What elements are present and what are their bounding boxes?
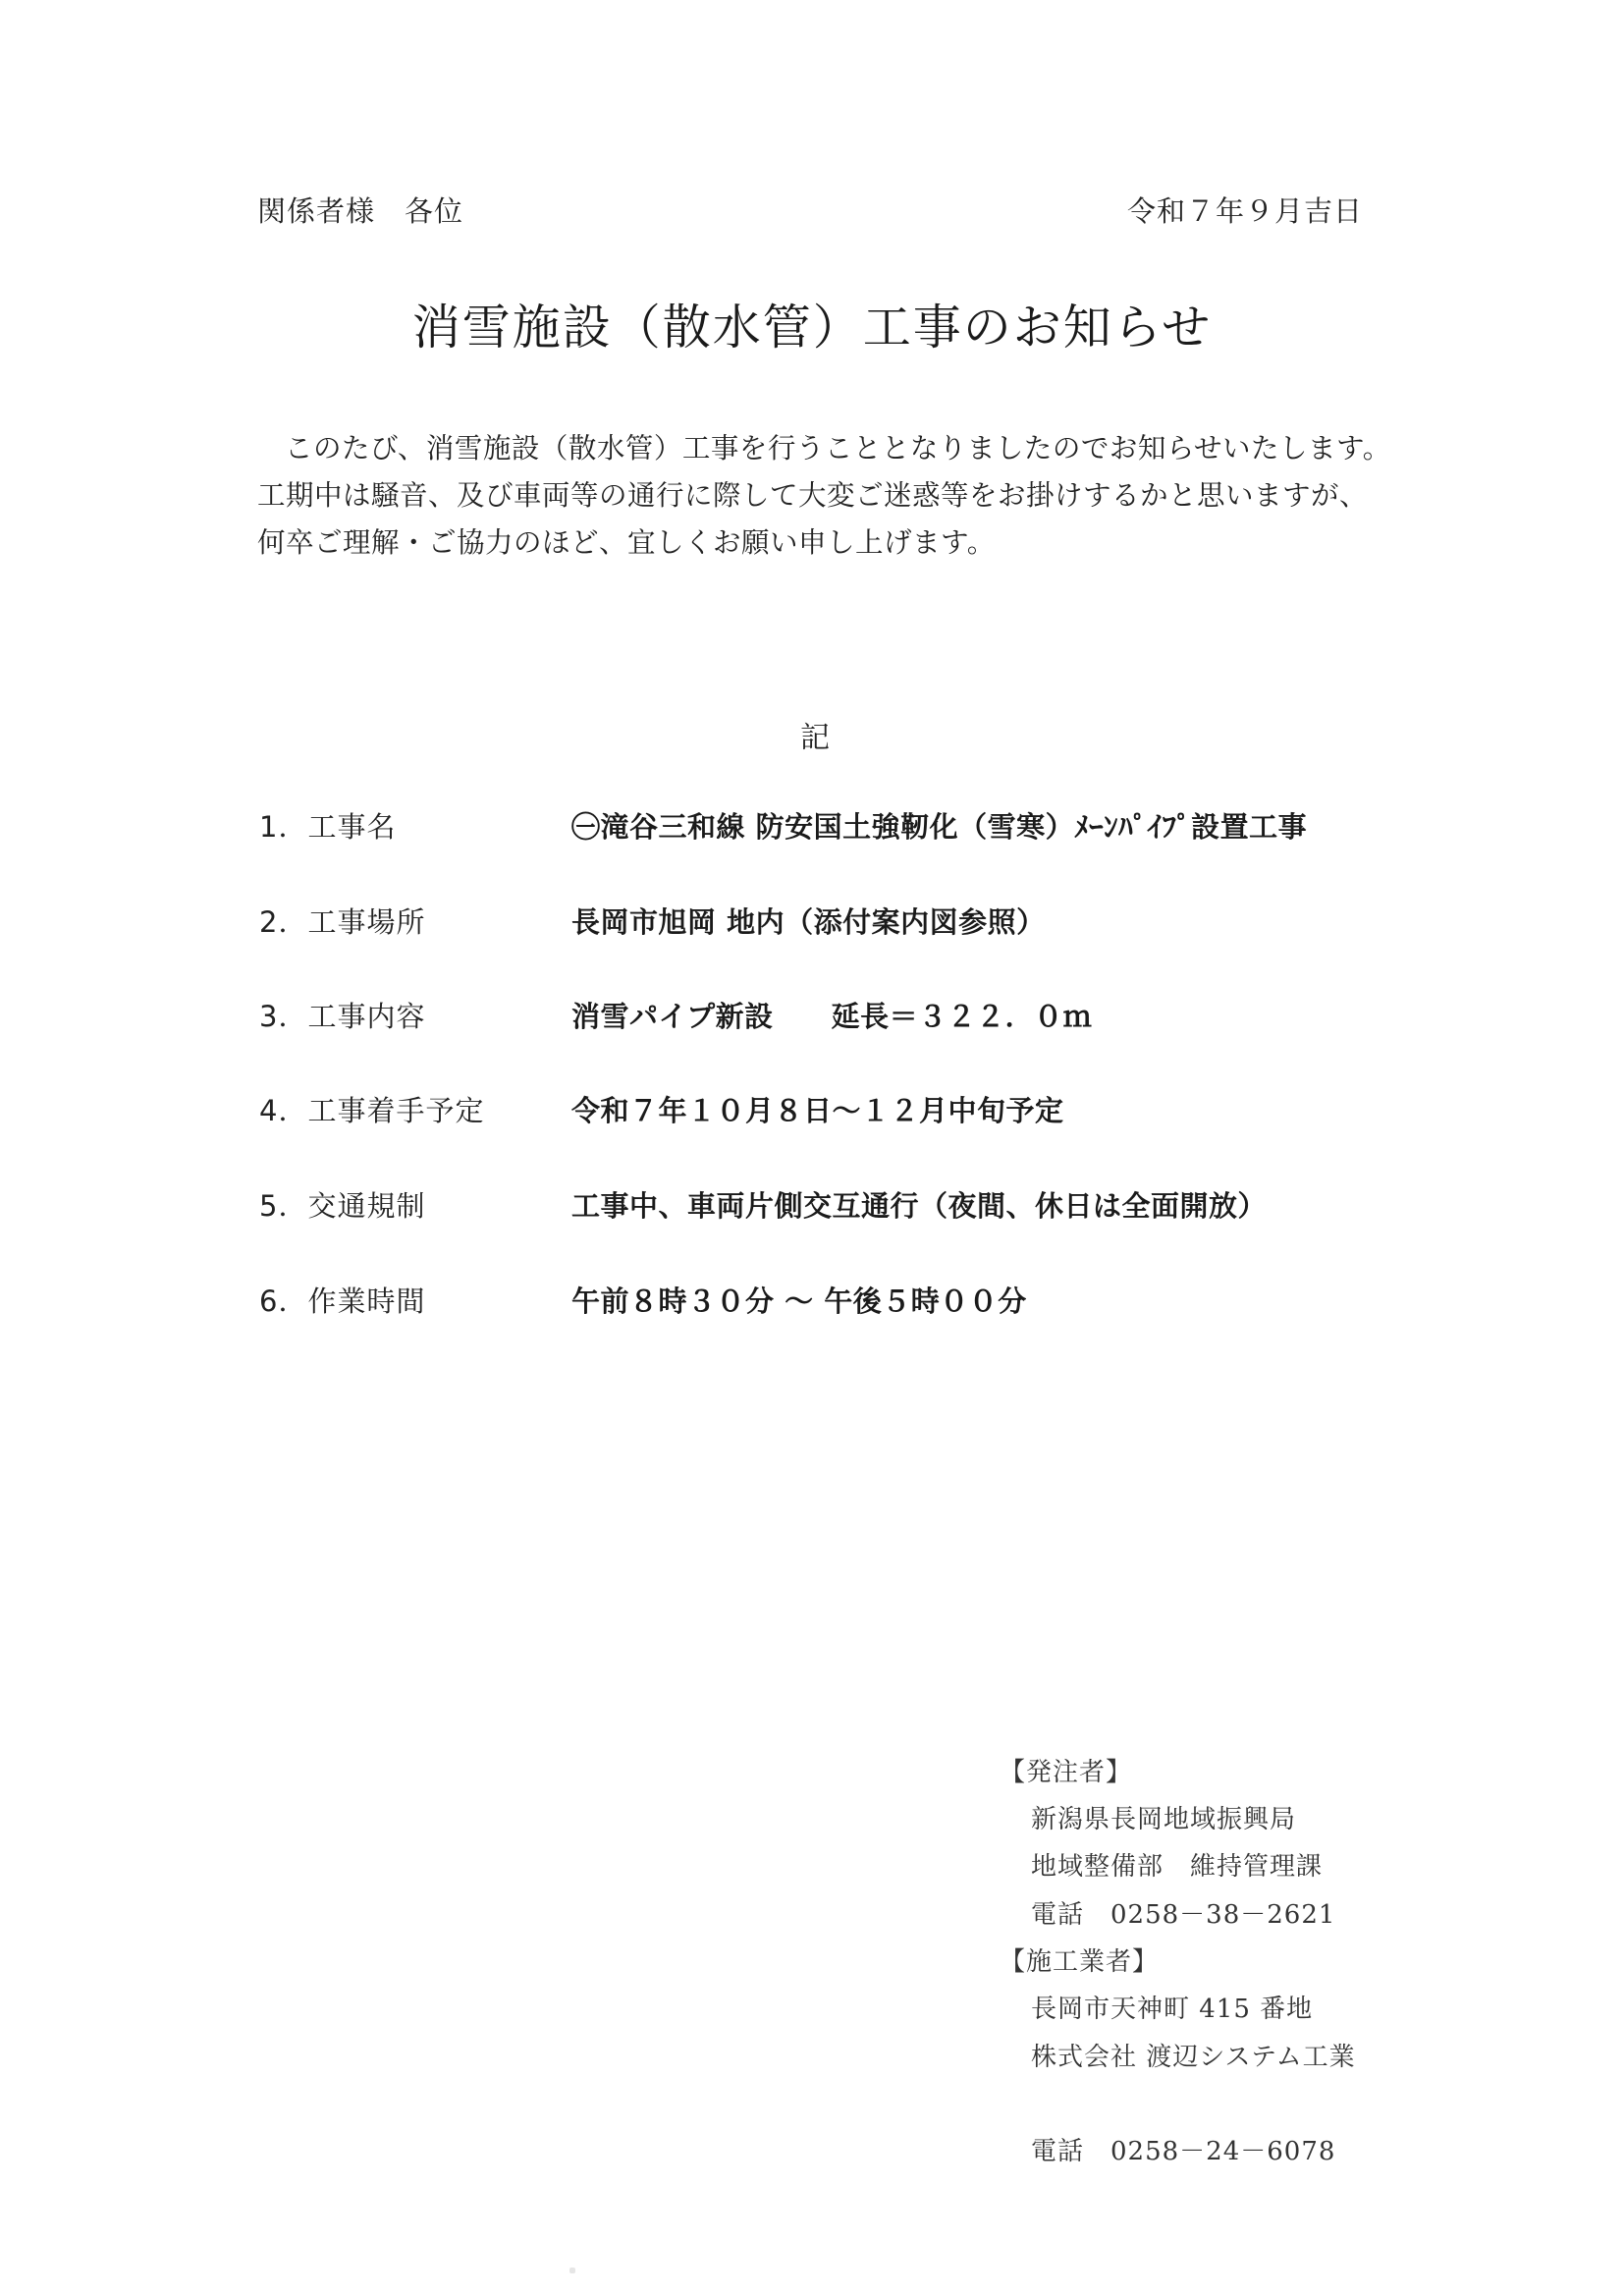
issue-date: 令和７年９月吉日 <box>1127 190 1363 230</box>
item-label: 5．交通規制 <box>259 1184 425 1225</box>
item-label: 3．工事内容 <box>259 995 425 1035</box>
item-label: 1．工事名 <box>259 805 396 846</box>
document-title: 消雪施設（散水管）工事のお知らせ <box>0 290 1624 358</box>
orderer-line: 新潟県長岡地域振興局 <box>1031 1799 1296 1835</box>
contractor-phone: 電話 0258－24－6078 <box>1031 2131 1335 2167</box>
contractor-line: 株式会社 渡辺システム工業 <box>1031 2037 1356 2073</box>
orderer-heading: 【発注者】 <box>1000 1752 1132 1788</box>
orderer-phone: 電話 0258－38－2621 <box>1031 1894 1335 1931</box>
intro-line-1: このたび、消雪施設（散水管）工事を行うこととなりましたのでお知らせいたします。 <box>257 426 1386 466</box>
ki-heading: 記 <box>0 713 1624 756</box>
contractor-line: 長岡市天神町 415 番地 <box>1031 1989 1313 2025</box>
intro-line-3: 何卒ご理解・ご協力のほど、宜しくお願い申し上げます。 <box>257 520 1386 561</box>
item-value: 午前８時３０分 ～ 午後５時００分 <box>571 1280 1027 1320</box>
item-label: 4．工事着手予定 <box>259 1089 484 1129</box>
scan-speck <box>569 2268 575 2273</box>
item-value: ㊀滝谷三和線 防安国土強靭化（雪寒）ﾒｰﾝﾊﾟｲﾌﾟ設置工事 <box>571 805 1307 846</box>
orderer-line: 地域整備部 維持管理課 <box>1031 1846 1323 1883</box>
item-label: 2．工事場所 <box>259 901 425 941</box>
item-value: 長岡市旭岡 地内（添付案内図参照） <box>571 901 1046 941</box>
item-value: 工事中、車両片側交互通行（夜間、休日は全面開放） <box>571 1184 1267 1225</box>
item-value: 令和７年１０月８日～１２月中旬予定 <box>571 1089 1064 1129</box>
contractor-heading: 【施工業者】 <box>1000 1941 1159 1978</box>
salutation: 関係者様 各位 <box>257 190 463 230</box>
item-label: 6．作業時間 <box>259 1280 425 1320</box>
intro-line-2: 工期中は騒音、及び車両等の通行に際して大変ご迷惑等をお掛けするかと思いますが、 <box>257 473 1386 514</box>
item-value: 消雪パイプ新設 延長＝３２２．０ｍ <box>571 995 1092 1035</box>
